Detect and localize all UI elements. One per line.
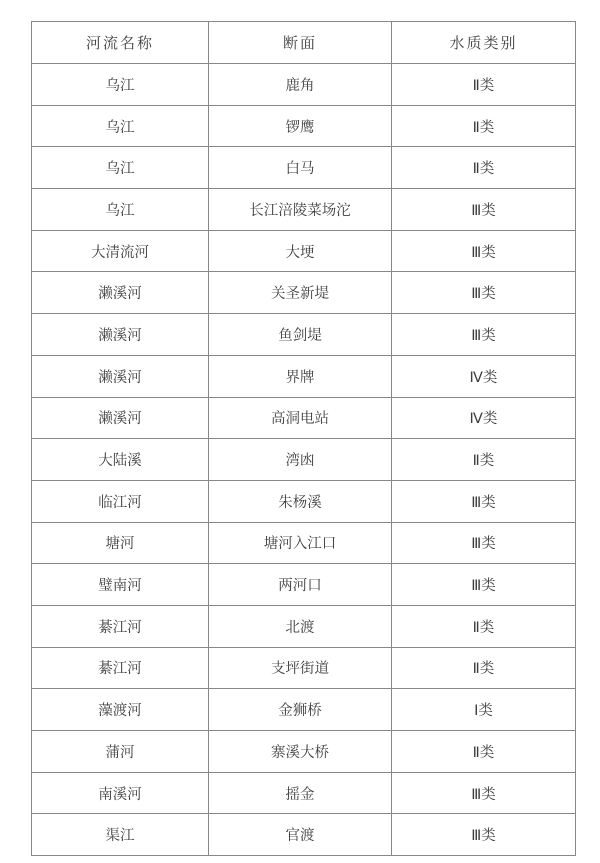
category-cell: Ⅲ类 — [392, 272, 576, 314]
river-cell: 渠江 — [32, 814, 209, 856]
table-row: 綦江河支坪街道Ⅱ类 — [32, 647, 576, 689]
header-water-quality-category: 水质类别 — [392, 22, 576, 64]
river-cell: 大清流河 — [32, 230, 209, 272]
river-cell: 临江河 — [32, 480, 209, 522]
table-row: 蒲河寨溪大桥Ⅱ类 — [32, 731, 576, 773]
table-row: 南溪河摇金Ⅲ类 — [32, 772, 576, 814]
section-cell: 朱杨溪 — [209, 480, 392, 522]
table-row: 璧南河两河口Ⅲ类 — [32, 564, 576, 606]
section-cell: 界牌 — [209, 355, 392, 397]
table-row: 塘河塘河入江口Ⅲ类 — [32, 522, 576, 564]
category-cell: Ⅲ类 — [392, 314, 576, 356]
section-cell: 锣鹰 — [209, 105, 392, 147]
category-cell: Ⅱ类 — [392, 647, 576, 689]
river-cell: 南溪河 — [32, 772, 209, 814]
table-row: 濑溪河高洞电站Ⅳ类 — [32, 397, 576, 439]
river-cell: 濑溪河 — [32, 355, 209, 397]
table-row: 乌江鹿角Ⅱ类 — [32, 64, 576, 106]
category-cell: Ⅱ类 — [392, 731, 576, 773]
river-cell: 綦江河 — [32, 647, 209, 689]
river-cell: 蒲河 — [32, 731, 209, 773]
river-cell: 濑溪河 — [32, 314, 209, 356]
table-row: 乌江白马Ⅱ类 — [32, 147, 576, 189]
table-row: 濑溪河界牌Ⅳ类 — [32, 355, 576, 397]
section-cell: 摇金 — [209, 772, 392, 814]
category-cell: Ⅳ类 — [392, 355, 576, 397]
river-cell: 塘河 — [32, 522, 209, 564]
river-cell: 乌江 — [32, 189, 209, 231]
river-cell: 大陆溪 — [32, 439, 209, 481]
river-cell: 濑溪河 — [32, 272, 209, 314]
section-cell: 白马 — [209, 147, 392, 189]
header-river-name: 河流名称 — [32, 22, 209, 64]
section-cell: 关圣新堤 — [209, 272, 392, 314]
category-cell: Ⅰ类 — [392, 689, 576, 731]
river-cell: 藻渡河 — [32, 689, 209, 731]
section-cell: 高洞电站 — [209, 397, 392, 439]
table-row: 藻渡河金狮桥Ⅰ类 — [32, 689, 576, 731]
document-page: 河流名称 断面 水质类别 乌江鹿角Ⅱ类乌江锣鹰Ⅱ类乌江白马Ⅱ类乌江长江涪陵菜场沱… — [0, 0, 600, 863]
header-section: 断面 — [209, 22, 392, 64]
category-cell: Ⅲ类 — [392, 522, 576, 564]
table-row: 大清流河大埂Ⅲ类 — [32, 230, 576, 272]
river-cell: 乌江 — [32, 64, 209, 106]
category-cell: Ⅲ类 — [392, 772, 576, 814]
table-row: 渠江官渡Ⅲ类 — [32, 814, 576, 856]
river-cell: 璧南河 — [32, 564, 209, 606]
river-cell: 乌江 — [32, 147, 209, 189]
section-cell: 塘河入江口 — [209, 522, 392, 564]
category-cell: Ⅱ类 — [392, 105, 576, 147]
category-cell: Ⅱ类 — [392, 64, 576, 106]
section-cell: 官渡 — [209, 814, 392, 856]
table-row: 乌江长江涪陵菜场沱Ⅲ类 — [32, 189, 576, 231]
table-header-row: 河流名称 断面 水质类别 — [32, 22, 576, 64]
section-cell: 寨溪大桥 — [209, 731, 392, 773]
category-cell: Ⅲ类 — [392, 814, 576, 856]
section-cell: 北渡 — [209, 605, 392, 647]
section-cell: 大埂 — [209, 230, 392, 272]
table-row: 濑溪河鱼剑堤Ⅲ类 — [32, 314, 576, 356]
river-cell: 乌江 — [32, 105, 209, 147]
water-quality-table: 河流名称 断面 水质类别 乌江鹿角Ⅱ类乌江锣鹰Ⅱ类乌江白马Ⅱ类乌江长江涪陵菜场沱… — [31, 21, 576, 856]
category-cell: Ⅳ类 — [392, 397, 576, 439]
table-row: 乌江锣鹰Ⅱ类 — [32, 105, 576, 147]
section-cell: 湾凼 — [209, 439, 392, 481]
category-cell: Ⅲ类 — [392, 189, 576, 231]
table-row: 濑溪河关圣新堤Ⅲ类 — [32, 272, 576, 314]
table-body: 乌江鹿角Ⅱ类乌江锣鹰Ⅱ类乌江白马Ⅱ类乌江长江涪陵菜场沱Ⅲ类大清流河大埂Ⅲ类濑溪河… — [32, 64, 576, 856]
category-cell: Ⅱ类 — [392, 605, 576, 647]
section-cell: 长江涪陵菜场沱 — [209, 189, 392, 231]
category-cell: Ⅱ类 — [392, 439, 576, 481]
category-cell: Ⅲ类 — [392, 480, 576, 522]
river-cell: 濑溪河 — [32, 397, 209, 439]
table-row: 临江河朱杨溪Ⅲ类 — [32, 480, 576, 522]
table-row: 大陆溪湾凼Ⅱ类 — [32, 439, 576, 481]
section-cell: 两河口 — [209, 564, 392, 606]
section-cell: 金狮桥 — [209, 689, 392, 731]
section-cell: 鹿角 — [209, 64, 392, 106]
section-cell: 鱼剑堤 — [209, 314, 392, 356]
river-cell: 綦江河 — [32, 605, 209, 647]
category-cell: Ⅲ类 — [392, 564, 576, 606]
section-cell: 支坪街道 — [209, 647, 392, 689]
category-cell: Ⅱ类 — [392, 147, 576, 189]
category-cell: Ⅲ类 — [392, 230, 576, 272]
table-row: 綦江河北渡Ⅱ类 — [32, 605, 576, 647]
